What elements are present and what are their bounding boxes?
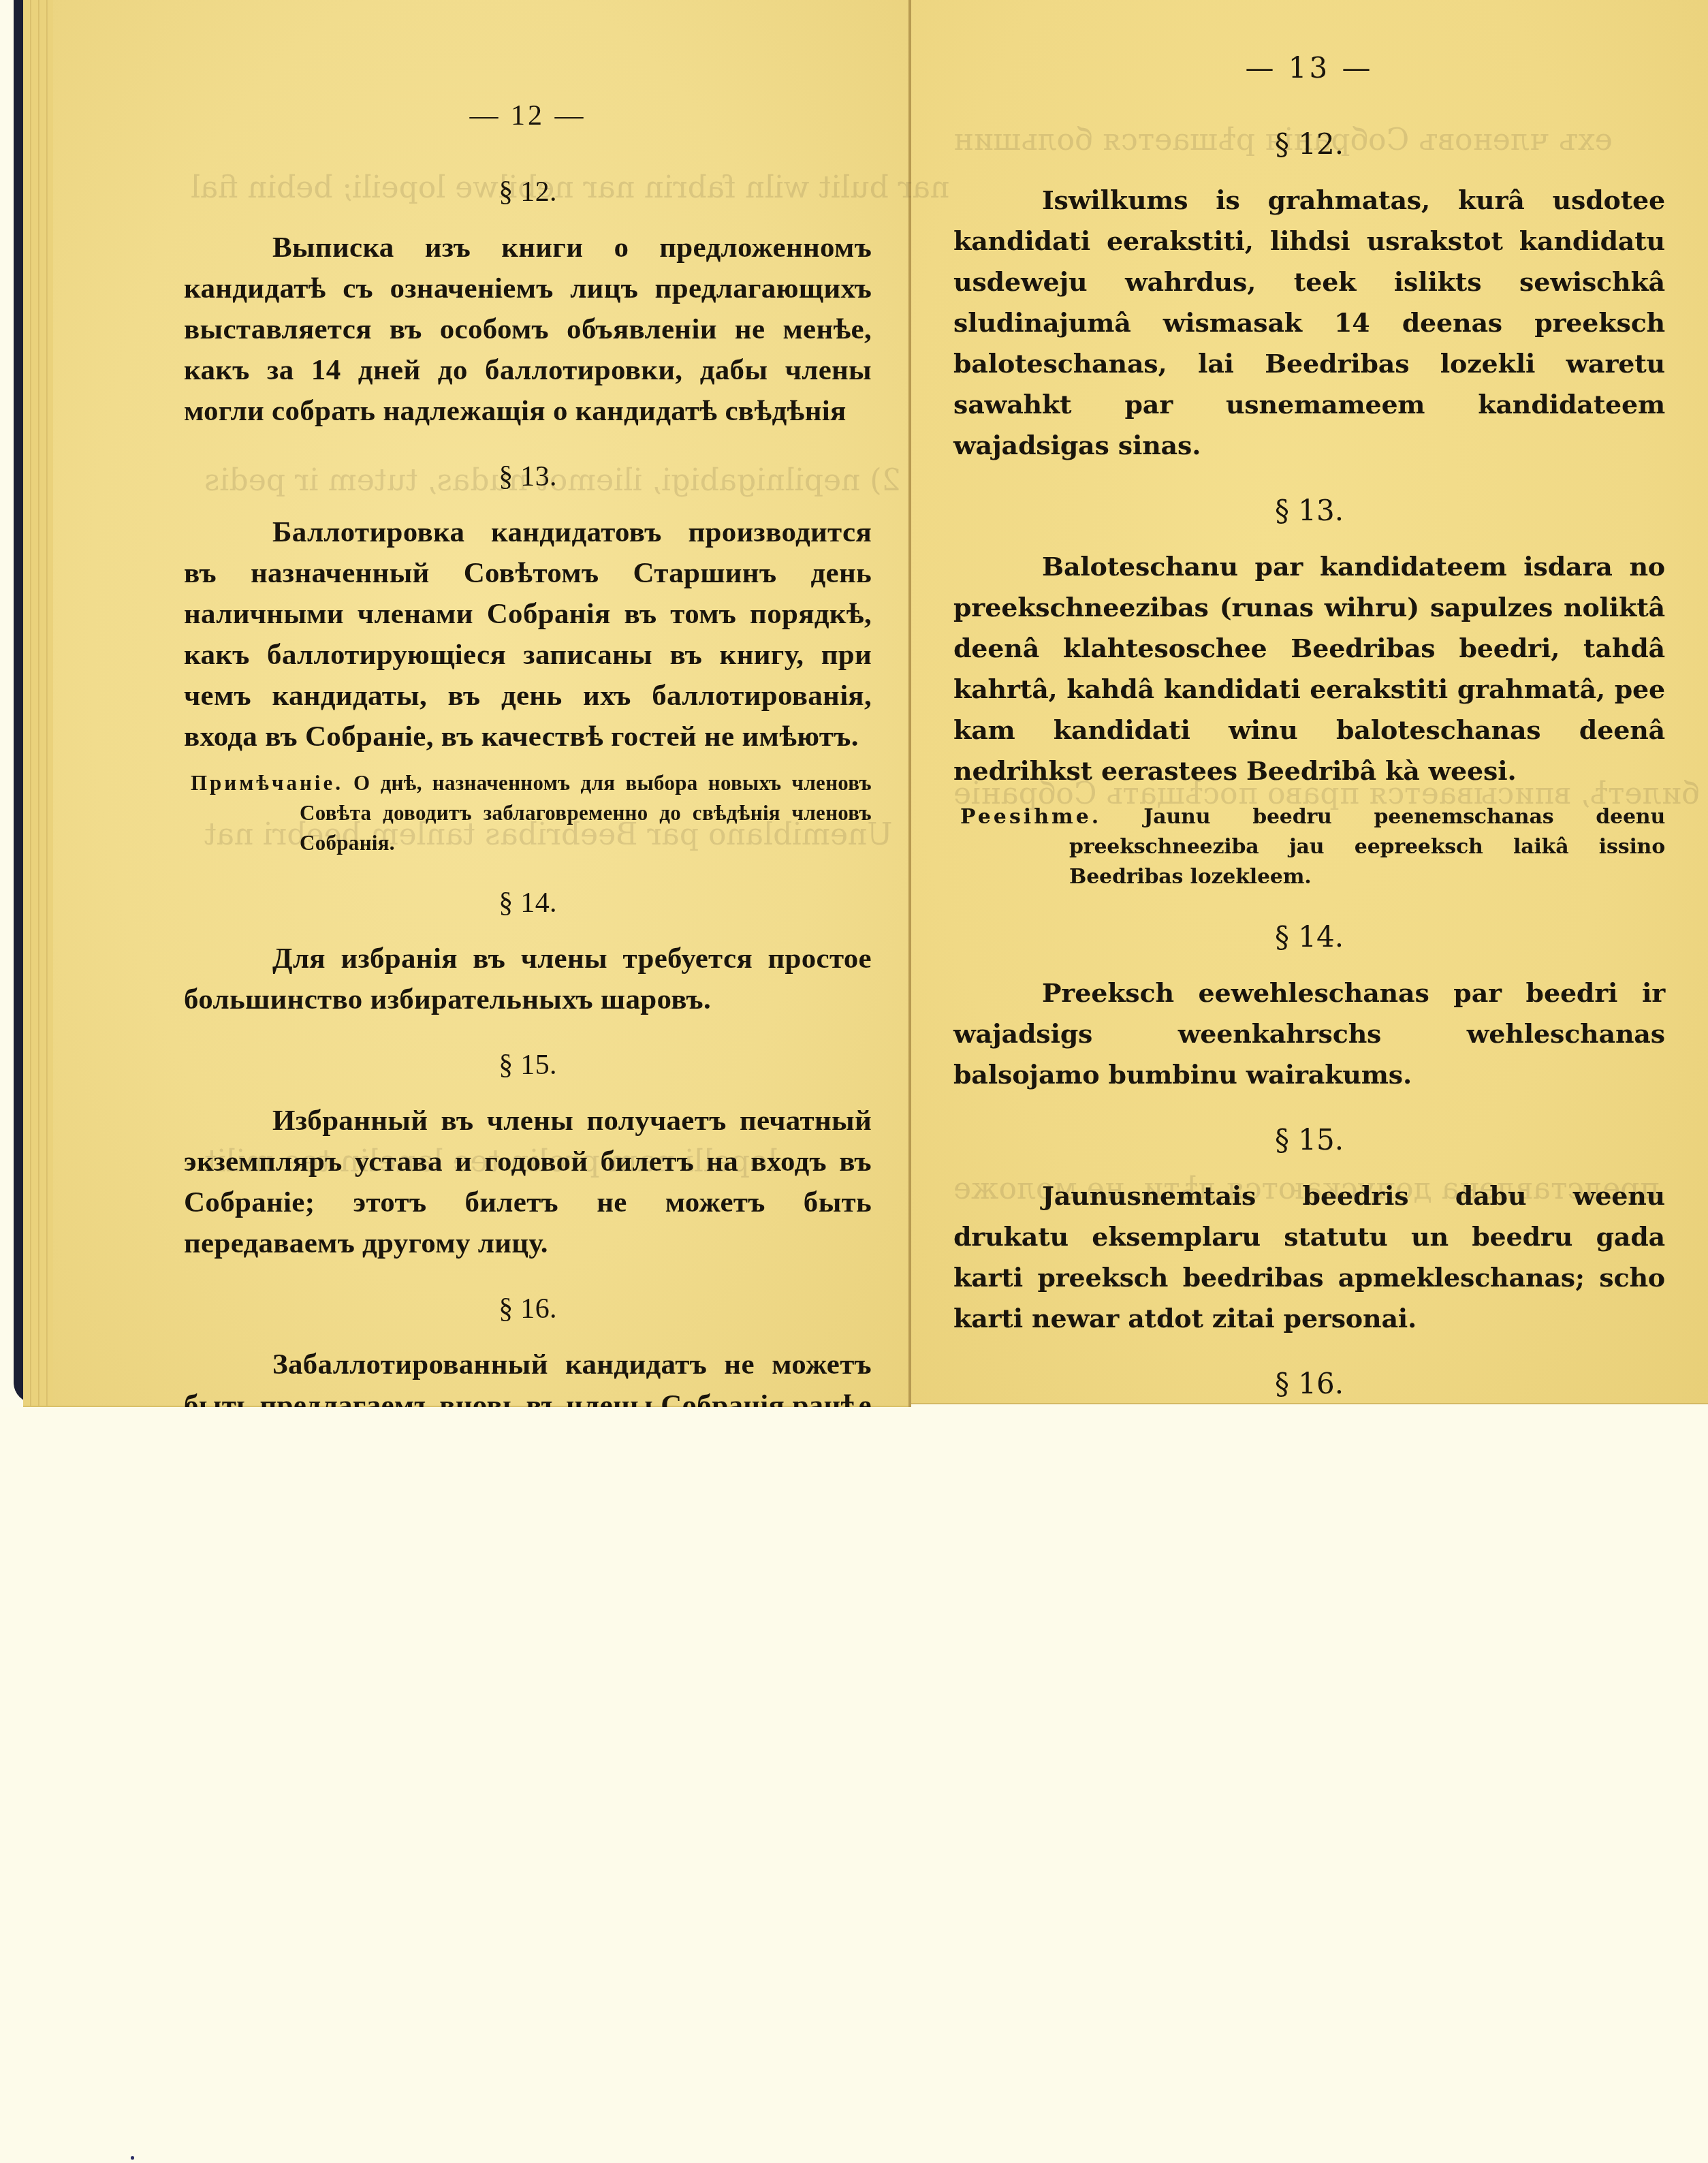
section-heading: § 15.	[184, 1045, 872, 1086]
section: § 14. Для избранія въ члены требуется пр…	[184, 883, 872, 1020]
section: § 12. Выписка изъ книги о предложенномъ …	[184, 172, 872, 432]
section-body: Preeksch eewehleschanas par beedri ir wa…	[953, 973, 1665, 1095]
section: § 15. Избранный въ члены получаетъ печат…	[184, 1045, 872, 1264]
section-body: Выписка изъ книги о предложенномъ кандид…	[184, 227, 872, 432]
page-edges	[23, 0, 53, 1406]
note-label: Примѣчаніе.	[191, 771, 343, 795]
note-text: О днѣ, назначенномъ для выбора новыхъ чл…	[300, 771, 872, 855]
section-heading: § 15.	[953, 1120, 1665, 1161]
section-heading: § 12.	[953, 124, 1665, 165]
note-label: Peesihme.	[960, 805, 1101, 829]
section-heading: § 13.	[184, 456, 872, 497]
section: § 14. Preeksch eewehleschanas par beedri…	[953, 917, 1665, 1095]
book-spread: nar bulit wiln fabrin nar nebilwe lopeil…	[0, 0, 1708, 1407]
section-body: Для избранія въ члены требуется простое …	[184, 938, 872, 1020]
section-heading: § 16.	[184, 1289, 872, 1329]
section: § 13. Baloteschanu par kandidateem isdar…	[953, 490, 1665, 892]
dust-speck	[131, 2156, 134, 2160]
section-heading: § 14.	[184, 883, 872, 923]
section-body: Jaunusnemtais beedris dabu weenu drukatu…	[953, 1175, 1665, 1339]
section-heading: § 16.	[953, 1363, 1665, 1404]
section: § 15. Jaunusnemtais beedris dabu weenu d…	[953, 1120, 1665, 1339]
section-note: Примѣчаніе. О днѣ, назначенномъ для выбо…	[184, 768, 872, 858]
section-body: Избранный въ члены получаетъ печатный эк…	[184, 1101, 872, 1264]
section-body: Baloteschanu par kandidateem isdara no p…	[953, 546, 1665, 791]
page-number: — 13 —	[953, 48, 1665, 89]
section-body: Баллотировка кандидатовъ производится въ…	[184, 512, 872, 757]
section: § 13. Баллотировка кандидатовъ производи…	[184, 456, 872, 858]
section-heading: § 12.	[184, 172, 872, 212]
scanner-background	[0, 1407, 1708, 2163]
page-number: — 12 —	[184, 95, 872, 136]
section-note: Peesihme. Jaunu beedru peenemschanas dee…	[953, 802, 1665, 892]
note-text: Jaunu beedru peenemschanas deenu preeksc…	[1069, 805, 1665, 889]
section-heading: § 14.	[953, 917, 1665, 958]
section-body: Iswilkums is grahmatas, kurâ usdotee kan…	[953, 180, 1665, 466]
section-heading: § 13.	[953, 490, 1665, 531]
section: § 12. Iswilkums is grahmatas, kurâ usdot…	[953, 124, 1665, 466]
